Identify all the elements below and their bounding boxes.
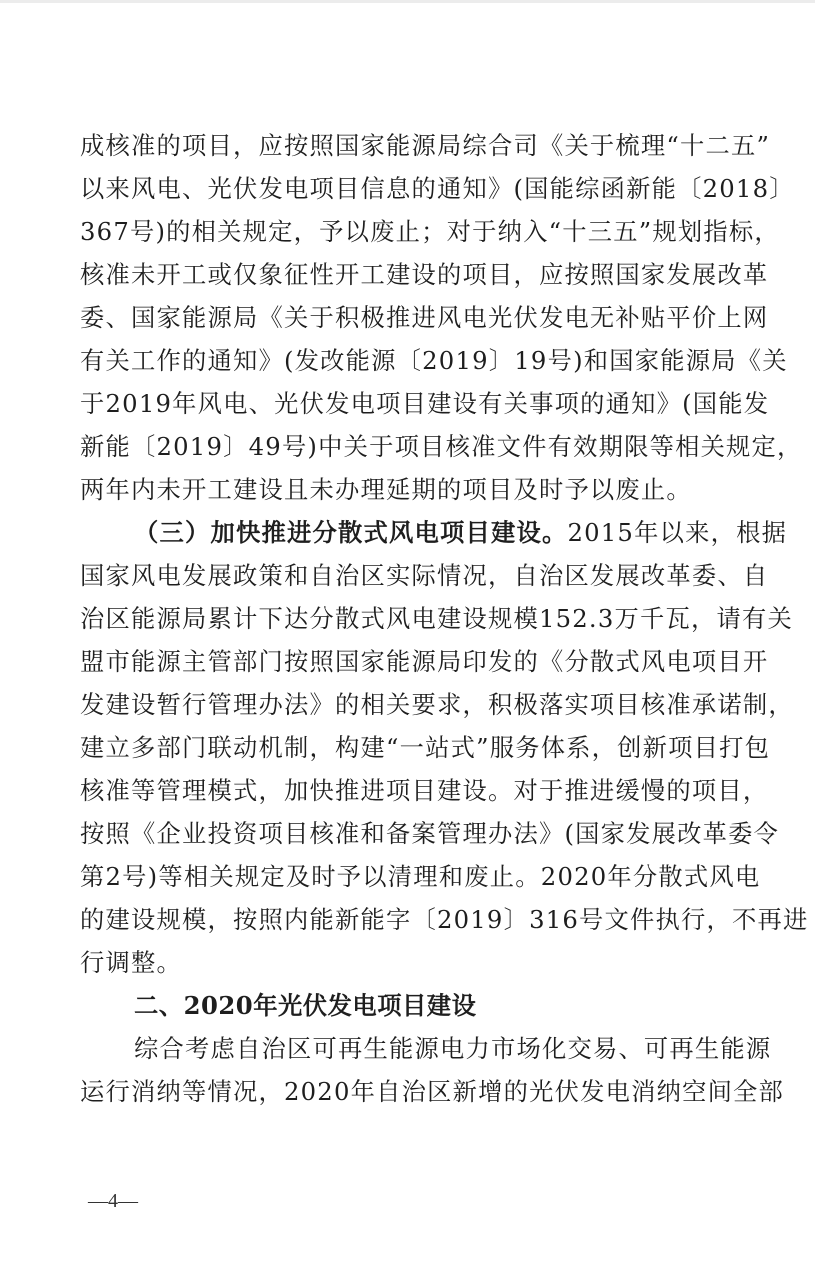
text-line: 国家风电发展政策和自治区实际情况，自治区发展改革委、自 bbox=[80, 554, 756, 597]
text-line: 有关工作的通知》(发改能源〔2019〕19号)和国家能源局《关 bbox=[80, 339, 756, 382]
text-line: 以来风电、光伏发电项目信息的通知》(国能综函新能〔2018〕 bbox=[80, 167, 756, 210]
text-line: 运行消纳等情况，2020年自治区新增的光伏发电消纳空间全部 bbox=[80, 1070, 756, 1113]
text-line: 新能〔2019〕49号)中关于项目核准文件有效期限等相关规定， bbox=[80, 425, 756, 468]
subsection-heading: （三）加快推进分散式风电项目建设。 bbox=[134, 518, 567, 547]
paragraph-solar-consumption: 综合考虑自治区可再生能源电力市场化交易、可再生能源 运行消纳等情况，2020年自… bbox=[80, 1027, 756, 1113]
text-line: 建立多部门联动机制，构建“一站式”服务体系，创新项目打包 bbox=[80, 726, 756, 769]
text-line: 第2号)等相关规定及时予以清理和废止。2020年分散式风电 bbox=[80, 855, 756, 898]
text-line: 综合考虑自治区可再生能源电力市场化交易、可再生能源 bbox=[80, 1027, 756, 1070]
text-line: 行调整。 bbox=[80, 941, 756, 984]
text-line: 盟市能源主管部门按照国家能源局印发的《分散式风电项目开 bbox=[80, 640, 756, 683]
text-line: 于2019年风电、光伏发电项目建设有关事项的通知》(国能发 bbox=[80, 382, 756, 425]
text-line: 按照《企业投资项目核准和备案管理办法》(国家发展改革委令 bbox=[80, 812, 756, 855]
section-heading: 二、2020年光伏发电项目建设 bbox=[80, 984, 756, 1027]
text-line: 367号)的相关规定，予以废止；对于纳入“十三五”规划指标， bbox=[80, 210, 756, 253]
top-border bbox=[0, 0, 815, 3]
text-line: 两年内未开工建设且未办理延期的项目及时予以废止。 bbox=[80, 468, 756, 511]
text-line: 发建设暂行管理办法》的相关要求，积极落实项目核准承诺制， bbox=[80, 683, 756, 726]
text-line: 核准未开工或仅象征性开工建设的项目，应按照国家发展改革 bbox=[80, 253, 756, 296]
page-number: —4— bbox=[88, 1190, 138, 1213]
text-line: 治区能源局累计下达分散式风电建设规模152.3万千瓦，请有关 bbox=[80, 597, 756, 640]
text-line: 委、国家能源局《关于积极推进风电光伏发电无补贴平价上网 bbox=[80, 296, 756, 339]
paragraph-distributed-wind: （三）加快推进分散式风电项目建设。2015年以来，根据 国家风电发展政策和自治区… bbox=[80, 511, 756, 984]
paragraph-project-abolition: 成核准的项目，应按照国家能源局综合司《关于梳理“十二五” 以来风电、光伏发电项目… bbox=[80, 124, 756, 511]
text-line-with-heading: （三）加快推进分散式风电项目建设。2015年以来，根据 bbox=[80, 511, 756, 554]
text-span: 2015年以来，根据 bbox=[567, 518, 787, 547]
document-page: 成核准的项目，应按照国家能源局综合司《关于梳理“十二五” 以来风电、光伏发电项目… bbox=[80, 124, 756, 1113]
text-line: 成核准的项目，应按照国家能源局综合司《关于梳理“十二五” bbox=[80, 124, 756, 167]
text-line: 核准等管理模式，加快推进项目建设。对于推进缓慢的项目， bbox=[80, 769, 756, 812]
text-line: 的建设规模，按照内能新能字〔2019〕316号文件执行，不再进 bbox=[80, 898, 756, 941]
